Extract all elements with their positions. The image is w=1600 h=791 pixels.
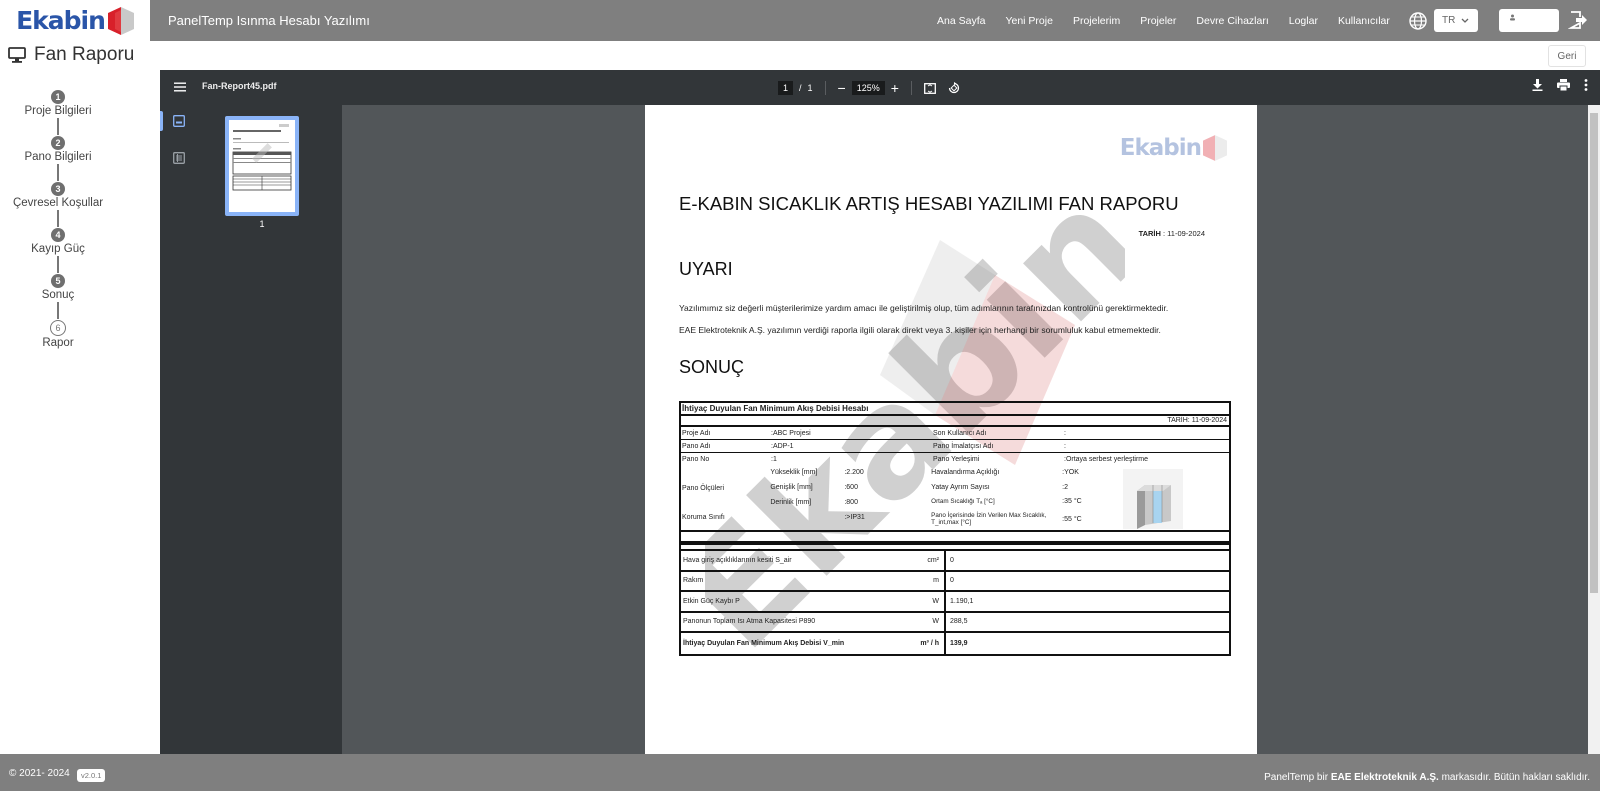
- info-value: :Ortaya serbest yerleştirme: [1064, 456, 1229, 463]
- zoom-in-icon[interactable]: +: [891, 80, 899, 96]
- step-label: Çevresel Koşullar: [13, 197, 103, 209]
- pdf-page: Ekabin Ekabin E-KABIN SICAKLIK ARTIŞ HES…: [645, 105, 1257, 754]
- print-icon[interactable]: [1557, 79, 1570, 91]
- page-title-text: Fan Raporu: [34, 44, 134, 66]
- copyright-text: © 2021- 2024: [9, 768, 70, 779]
- environment-value: :YOK: [1062, 469, 1079, 476]
- step-label: Sonuç: [42, 289, 75, 301]
- dimension-label: Genişlik [mm]: [770, 484, 844, 491]
- thumbnail-preview: [229, 120, 295, 212]
- dimension-value: :2.200: [844, 469, 863, 476]
- step-label: Pano Bilgileri: [24, 151, 91, 163]
- dims-labels: Pano Ölçüleri Koruma Sınıfı: [681, 466, 770, 530]
- main-navbar: PanelTemp Isınma Hesabı Yazılımı Ana Say…: [150, 0, 1600, 41]
- dimension-label: [770, 514, 844, 521]
- monitor-icon: [8, 47, 26, 63]
- step-proje-bilgileri[interactable]: 1 Proje Bilgileri: [0, 90, 116, 117]
- step-connector: [57, 164, 59, 181]
- nav-devre-cihazlari[interactable]: Devre Cihazları: [1186, 15, 1278, 27]
- back-button[interactable]: Geri: [1548, 45, 1586, 67]
- environment-row: Ortam Sıcaklığı Tₐ [°C]:35 °C: [931, 498, 1123, 505]
- top-bar: Ekabin PanelTemp Isınma Hesabı Yazılımı …: [0, 0, 1600, 41]
- warning-paragraph-2: EAE Elektroteknik A.Ş. yazılımın verdiği…: [679, 325, 1239, 335]
- result-value: 0: [944, 551, 1229, 570]
- dimension-value: :>IP31: [844, 514, 864, 521]
- result-row: Panonun Toplam Isı Atma Kapasitesi P890W…: [681, 613, 1229, 634]
- result-label: Hava giriş açıklıklarının kesiti S_air: [681, 557, 881, 564]
- environment-label: Ortam Sıcaklığı Tₐ [°C]: [931, 498, 1062, 505]
- version-badge: v2.0.1: [77, 769, 105, 782]
- report-date-label: TARİH: [1139, 229, 1161, 238]
- nav-projelerim[interactable]: Projelerim: [1063, 15, 1130, 27]
- result-label: Rakım: [681, 577, 881, 584]
- step-connector: [57, 210, 59, 227]
- info-row: Pano No:1Pano Yerleşimi:Ortaya serbest y…: [681, 453, 1229, 466]
- step-label: Rapor: [42, 337, 73, 349]
- step-number: 2: [51, 136, 65, 150]
- logo-text: Ekabin: [16, 6, 105, 35]
- language-select[interactable]: TR: [1434, 9, 1478, 32]
- environment-value: :35 °C: [1062, 498, 1082, 505]
- report-logo-text: Ekabin: [1120, 135, 1201, 161]
- rights-pre: PanelTemp bir: [1264, 772, 1331, 783]
- result-label: İhtiyaç Duyulan Fan Minimum Akış Debisi …: [681, 640, 881, 647]
- info-row: Proje Adı:ABC ProjesiSon Kullanıcı Adı:: [681, 427, 1229, 440]
- step-number-current: 6: [50, 320, 66, 336]
- page-number-input[interactable]: 1: [778, 81, 793, 95]
- step-sonuc[interactable]: 5 Sonuç: [0, 274, 116, 301]
- info-label: Pano İmalatçısı Adı: [933, 443, 1064, 450]
- thumbnail-sidebar: 1: [160, 105, 342, 754]
- zoom-level-input[interactable]: 125%: [852, 81, 885, 95]
- step-connector: [57, 302, 59, 319]
- chevron-down-icon: [1461, 18, 1469, 24]
- download-icon[interactable]: [1532, 79, 1543, 91]
- cabinet-illustration: [1123, 469, 1183, 529]
- dims-values: Yükseklik [mm]:2.200Genişlik [mm]:600Der…: [770, 466, 931, 530]
- info-table-title: İhtiyaç Duyulan Fan Minimum Akış Debisi …: [681, 403, 1229, 416]
- info-value: :: [1064, 443, 1229, 450]
- dimension-row: Genişlik [mm]:600: [770, 484, 932, 491]
- scrollbar-thumb[interactable]: [1590, 113, 1598, 593]
- info-table-spacer: [681, 532, 1229, 541]
- environment-row: Havalandırma Açıklığı:YOK: [931, 469, 1123, 476]
- warning-paragraph-1: Yazılımımız siz değerli müşterilerimize …: [679, 303, 1239, 313]
- logo-cube-icon: [108, 7, 134, 35]
- report-logo: Ekabin: [1120, 135, 1227, 161]
- nav-kullanicilar[interactable]: Kullanıcılar: [1328, 15, 1400, 27]
- step-rapor[interactable]: 6 Rapor: [0, 320, 116, 349]
- step-cevresel-kosullar[interactable]: 3 Çevresel Koşullar: [0, 182, 116, 209]
- environment-label: Yatay Ayrım Sayısı: [931, 484, 1062, 491]
- result-unit: W: [881, 598, 944, 605]
- dimension-row: Derinlik [mm]:800: [770, 499, 932, 506]
- result-unit: m³ / h: [881, 640, 944, 647]
- result-value: 288,5: [944, 613, 1229, 632]
- fit-page-icon[interactable]: [924, 83, 936, 94]
- page-title: Fan Raporu: [8, 44, 134, 66]
- toolbar-divider: [911, 81, 912, 95]
- info-value: :ABC Projesi: [771, 430, 933, 437]
- menu-icon[interactable]: [174, 81, 186, 93]
- thumbnails-tab-icon[interactable]: [173, 115, 185, 127]
- environment-value: :55 °C: [1062, 516, 1082, 523]
- outline-tab-icon[interactable]: [173, 152, 185, 164]
- result-row: Etkin Güç Kaybı PW1.190,1: [681, 592, 1229, 613]
- warning-heading: UYARI: [679, 259, 733, 280]
- brand-logo[interactable]: Ekabin: [0, 0, 150, 41]
- result-unit: cm²: [881, 557, 944, 564]
- result-unit: m: [881, 577, 944, 584]
- result-value: 0: [944, 572, 1229, 591]
- result-row: Rakımm0: [681, 572, 1229, 593]
- pdf-actions: [1532, 79, 1588, 91]
- dims-label: Pano Ölçüleri: [682, 485, 724, 492]
- environment-label: Pano İçerisinde İzin Verilen Max Sıcaklı…: [931, 512, 1062, 526]
- result-value: 139,9: [944, 633, 1229, 654]
- nav-loglar[interactable]: Loglar: [1279, 15, 1328, 27]
- dimension-value: :600: [844, 484, 858, 491]
- pdf-file-name: Fan-Report45.pdf: [202, 81, 277, 91]
- results-table: Hava giriş açıklıklarının kesiti S_aircm…: [679, 543, 1231, 656]
- environment-row: Yatay Ayrım Sayısı:2: [931, 484, 1123, 491]
- step-number: 3: [51, 182, 65, 196]
- result-label: Etkin Güç Kaybı P: [681, 598, 881, 605]
- dimension-row: Yükseklik [mm]:2.200: [770, 469, 932, 476]
- info-label: Son Kullanıcı Adı: [933, 430, 1064, 437]
- logout-icon[interactable]: [1568, 10, 1588, 30]
- footer: © 2021- 2024 v2.0.1 PanelTemp bir EAE El…: [0, 754, 1600, 791]
- info-value: :1: [771, 456, 933, 463]
- step-number: 1: [51, 90, 65, 104]
- page-thumbnail[interactable]: [225, 116, 299, 216]
- report-logo-cube-icon: [1203, 135, 1227, 161]
- vertical-scrollbar[interactable]: [1588, 105, 1600, 754]
- result-heading: SONUÇ: [679, 357, 744, 378]
- step-connector: [57, 256, 59, 273]
- user-menu[interactable]: [1499, 9, 1559, 32]
- info-label: Pano Yerleşimi: [933, 456, 1064, 463]
- step-pano-bilgileri[interactable]: 2 Pano Bilgileri: [0, 136, 116, 163]
- info-rows: Proje Adı:ABC ProjesiSon Kullanıcı Adı:P…: [681, 427, 1229, 466]
- progress-stepper: 1 Proje Bilgileri 2 Pano Bilgileri 3 Çev…: [0, 90, 116, 349]
- rights-brand: EAE Elektroteknik A.Ş.: [1331, 772, 1439, 783]
- zoom-out-icon[interactable]: −: [838, 80, 846, 96]
- dimension-value: :800: [844, 499, 858, 506]
- toolbar-divider: [825, 81, 826, 95]
- dimension-label: Derinlik [mm]: [770, 499, 844, 506]
- nav-links: Ana Sayfa Yeni Proje Projelerim Projeler…: [927, 0, 1400, 41]
- step-connector: [57, 118, 59, 135]
- environment-value: :2: [1062, 484, 1068, 491]
- report-title: E-KABIN SICAKLIK ARTIŞ HESABI YAZILIMI F…: [679, 193, 1179, 215]
- step-number: 4: [51, 228, 65, 242]
- info-label: Pano No: [681, 456, 771, 463]
- globe-icon[interactable]: [1409, 12, 1427, 30]
- environment-values: Havalandırma Açıklığı:YOKYatay Ayrım Say…: [931, 466, 1229, 530]
- result-value: 1.190,1: [944, 592, 1229, 611]
- pdf-pages-area[interactable]: Ekabin Ekabin E-KABIN SICAKLIK ARTIŞ HES…: [342, 105, 1600, 754]
- nav-yeni-proje[interactable]: Yeni Proje: [995, 15, 1062, 27]
- dimensions-block: Pano Ölçüleri Koruma Sınıfı Yükseklik [m…: [681, 466, 1229, 532]
- dimension-row: :>IP31: [770, 514, 932, 521]
- info-value: :ADP-1: [771, 443, 933, 450]
- info-table: İhtiyaç Duyulan Fan Minimum Akış Debisi …: [679, 401, 1231, 543]
- report-date: TARİH : 11-09-2024: [1139, 229, 1205, 238]
- page-separator: /: [799, 83, 802, 93]
- dimension-label: Yükseklik [mm]: [770, 469, 844, 476]
- app-title: PanelTemp Isınma Hesabı Yazılımı: [168, 13, 370, 28]
- protection-label: Koruma Sınıfı: [682, 514, 725, 521]
- thumbnail-page-number: 1: [225, 219, 299, 229]
- step-number: 5: [51, 274, 65, 288]
- total-pages: 1: [808, 83, 813, 93]
- report-date-value: : 11-09-2024: [1163, 229, 1205, 238]
- step-label: Proje Bilgileri: [24, 105, 91, 117]
- rotate-icon[interactable]: [948, 82, 960, 94]
- person-icon: [1509, 14, 1516, 21]
- more-options-icon[interactable]: [1584, 79, 1588, 91]
- nav-projeler[interactable]: Projeler: [1130, 15, 1186, 27]
- info-value: :: [1064, 430, 1229, 437]
- info-label: Pano Adı: [681, 443, 771, 450]
- page-controls: 1 / 1 − 125% +: [778, 80, 960, 96]
- result-unit: W: [881, 618, 944, 625]
- result-label: Panonun Toplam Isı Atma Kapasitesi P890: [681, 618, 881, 625]
- pdf-viewer: Fan-Report45.pdf 1 / 1 − 125% +: [160, 70, 1600, 754]
- step-kayip-guc[interactable]: 4 Kayıp Güç: [0, 228, 116, 255]
- rights-text: PanelTemp bir EAE Elektroteknik A.Ş. mar…: [1264, 772, 1590, 783]
- pdf-toolbar: Fan-Report45.pdf 1 / 1 − 125% +: [160, 70, 1600, 105]
- environment-row: Pano İçerisinde İzin Verilen Max Sıcaklı…: [931, 512, 1123, 526]
- result-row: İhtiyaç Duyulan Fan Minimum Akış Debisi …: [681, 633, 1229, 654]
- info-row: Pano Adı:ADP-1Pano İmalatçısı Adı:: [681, 440, 1229, 453]
- rights-post: markasıdır. Bütün hakları saklıdır.: [1439, 772, 1590, 783]
- selected-tab-indicator: [160, 111, 163, 131]
- info-label: Proje Adı: [681, 430, 771, 437]
- info-table-date: TARİH: 11-09-2024: [681, 416, 1229, 427]
- step-label: Kayıp Güç: [31, 243, 85, 255]
- language-value: TR: [1442, 15, 1455, 26]
- nav-ana-sayfa[interactable]: Ana Sayfa: [927, 15, 995, 27]
- result-row: Hava giriş açıklıklarının kesiti S_aircm…: [681, 551, 1229, 572]
- environment-label: Havalandırma Açıklığı: [931, 469, 1062, 476]
